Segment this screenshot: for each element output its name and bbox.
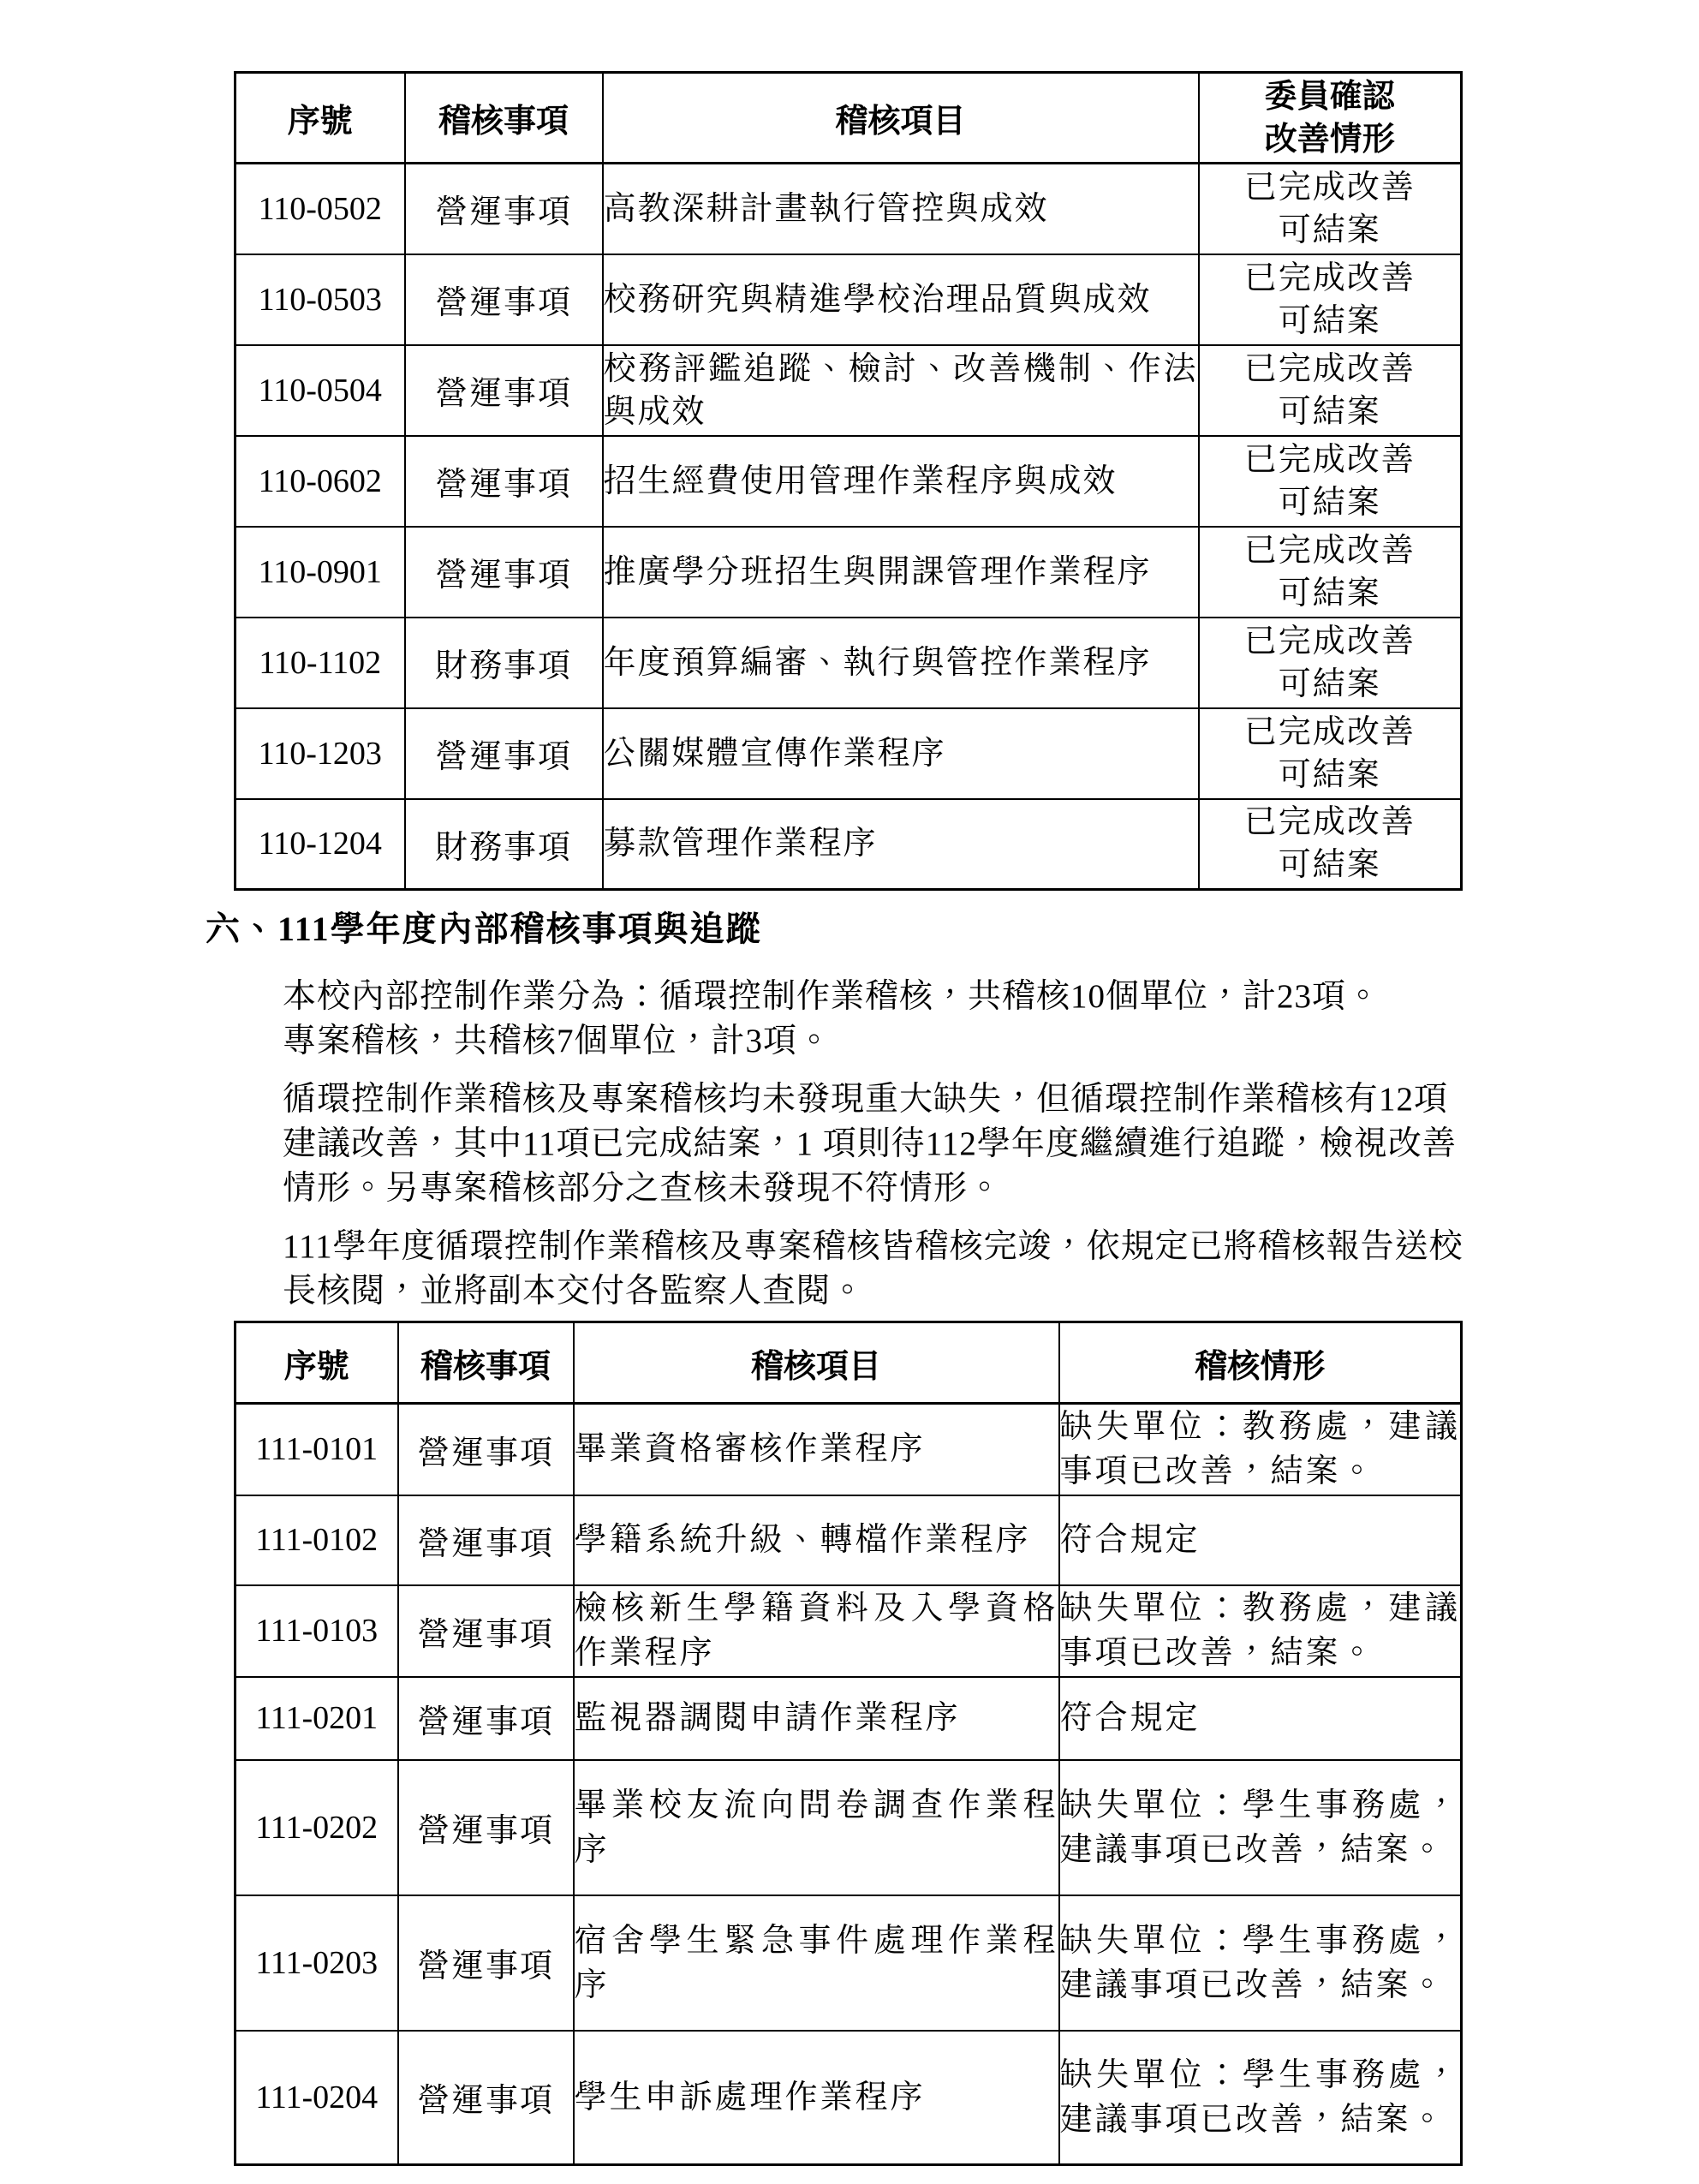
category-cell: 營運事項 xyxy=(405,708,603,799)
item-cell: 招生經費使用管理作業程序與成效 xyxy=(603,436,1199,527)
serial-cell: 110-0502 xyxy=(235,164,405,254)
serial-cell: 111-0203 xyxy=(235,1895,398,2031)
category-cell: 營運事項 xyxy=(398,1404,574,1495)
category-cell: 營運事項 xyxy=(405,164,603,254)
table-row: 110-0901 營運事項 推廣學分班招生與開課管理作業程序 已完成改善 可結案 xyxy=(235,527,1462,618)
serial-cell: 110-0901 xyxy=(235,527,405,618)
table-row: 110-0602 營運事項 招生經費使用管理作業程序與成效 已完成改善 可結案 xyxy=(235,436,1462,527)
category-cell: 營運事項 xyxy=(398,1760,574,1895)
item-cell: 學籍系統升級、轉檔作業程序 xyxy=(574,1495,1059,1585)
table-row: 111-0201 營運事項 監視器調閱申請作業程序 符合規定 xyxy=(235,1677,1462,1760)
item-cell: 推廣學分班招生與開課管理作業程序 xyxy=(603,527,1199,618)
confirm-cell: 已完成改善 可結案 xyxy=(1199,164,1462,254)
category-cell: 財務事項 xyxy=(405,799,603,890)
item-cell: 公關媒體宣傳作業程序 xyxy=(603,708,1199,799)
status-header: 稽核情形 xyxy=(1059,1322,1462,1404)
status-cell: 缺失單位：學生事務處，建議事項已改善，結案。 xyxy=(1059,1895,1462,2031)
table-row: 110-1204 財務事項 募款管理作業程序 已完成改善 可結案 xyxy=(235,799,1462,890)
table-row: 111-0102 營運事項 學籍系統升級、轉檔作業程序 符合規定 xyxy=(235,1495,1462,1585)
serial-cell: 110-0503 xyxy=(235,254,405,345)
status-cell: 符合規定 xyxy=(1059,1495,1462,1585)
serial-cell: 110-0602 xyxy=(235,436,405,527)
serial-cell: 110-1203 xyxy=(235,708,405,799)
table-row: 110-0504 營運事項 校務評鑑追蹤、檢討、改善機制、作法與成效 已完成改善… xyxy=(235,345,1462,436)
category-cell: 營運事項 xyxy=(398,1677,574,1760)
status-cell: 缺失單位：教務處，建議事項已改善，結案。 xyxy=(1059,1585,1462,1677)
status-cell: 缺失單位：學生事務處，建議事項已改善，結案。 xyxy=(1059,2031,1462,2165)
serial-cell: 110-1204 xyxy=(235,799,405,890)
serial-cell: 111-0101 xyxy=(235,1404,398,1495)
serial-cell: 111-0201 xyxy=(235,1677,398,1760)
confirm-cell: 已完成改善 可結案 xyxy=(1199,436,1462,527)
confirm-cell: 已完成改善 可結案 xyxy=(1199,618,1462,708)
item-cell: 校務研究與精進學校治理品質與成效 xyxy=(603,254,1199,345)
table-row: 111-0204 營運事項 學生申訴處理作業程序 缺失單位：學生事務處，建議事項… xyxy=(235,2031,1462,2165)
audit-table-110: 序號 稽核事項 稽核項目 委員確認 改善情形 110-0502 營運事項 高教深… xyxy=(234,71,1463,891)
item-header: 稽核項目 xyxy=(603,73,1199,164)
paragraph-2: 循環控制作業稽核及專案稽核均未發現重大缺失，但循環控制作業稽核有12項 建議改善… xyxy=(283,1077,1475,1211)
category-cell: 營運事項 xyxy=(398,2031,574,2165)
item-cell: 畢業校友流向問卷調查作業程序 xyxy=(574,1760,1059,1895)
document-page: 序號 稽核事項 稽核項目 委員確認 改善情形 110-0502 營運事項 高教深… xyxy=(0,0,1699,2184)
item-cell: 募款管理作業程序 xyxy=(603,799,1199,890)
table-row: 111-0103 營運事項 檢核新生學籍資料及入學資格作業程序 缺失單位：教務處… xyxy=(235,1585,1462,1677)
item-cell: 宿舍學生緊急事件處理作業程序 xyxy=(574,1895,1059,2031)
table-row: 110-1102 財務事項 年度預算編審、執行與管控作業程序 已完成改善 可結案 xyxy=(235,618,1462,708)
category-header: 稽核事項 xyxy=(405,73,603,164)
table-row: 111-0101 營運事項 畢業資格審核作業程序 缺失單位：教務處，建議事項已改… xyxy=(235,1404,1462,1495)
status-cell: 缺失單位：教務處，建議事項已改善，結案。 xyxy=(1059,1404,1462,1495)
item-cell: 學生申訴處理作業程序 xyxy=(574,2031,1059,2165)
category-cell: 營運事項 xyxy=(405,254,603,345)
item-cell: 年度預算編審、執行與管控作業程序 xyxy=(603,618,1199,708)
confirm-cell: 已完成改善 可結案 xyxy=(1199,527,1462,618)
category-cell: 營運事項 xyxy=(398,1585,574,1677)
serial-cell: 110-0504 xyxy=(235,345,405,436)
serial-cell: 111-0204 xyxy=(235,2031,398,2165)
paragraph-3: 111學年度循環控制作業稽核及專案稽核皆稽核完竣，依規定已將稽核報告送校 長核閱… xyxy=(283,1225,1475,1314)
serial-cell: 110-1102 xyxy=(235,618,405,708)
table-row: 110-0502 營運事項 高教深耕計畫執行管控與成效 已完成改善 可結案 xyxy=(235,164,1462,254)
item-cell: 高教深耕計畫執行管控與成效 xyxy=(603,164,1199,254)
table-row: 111-0202 營運事項 畢業校友流向問卷調查作業程序 缺失單位：學生事務處，… xyxy=(235,1760,1462,1895)
status-cell: 缺失單位：學生事務處，建議事項已改善，結案。 xyxy=(1059,1760,1462,1895)
category-header: 稽核事項 xyxy=(398,1322,574,1404)
confirm-cell: 已完成改善 可結案 xyxy=(1199,345,1462,436)
category-cell: 營運事項 xyxy=(398,1895,574,2031)
item-header: 稽核項目 xyxy=(574,1322,1059,1404)
serial-header: 序號 xyxy=(235,1322,398,1404)
serial-cell: 111-0202 xyxy=(235,1760,398,1895)
table-row: 111-0203 營運事項 宿舍學生緊急事件處理作業程序 缺失單位：學生事務處，… xyxy=(235,1895,1462,2031)
item-cell: 畢業資格審核作業程序 xyxy=(574,1404,1059,1495)
category-cell: 營運事項 xyxy=(405,345,603,436)
item-cell: 監視器調閱申請作業程序 xyxy=(574,1677,1059,1760)
category-cell: 營運事項 xyxy=(398,1495,574,1585)
section-heading: 六、111學年度內部稽核事項與追蹤 xyxy=(206,910,1699,949)
table-row: 110-0503 營運事項 校務研究與精進學校治理品質與成效 已完成改善 可結案 xyxy=(235,254,1462,345)
category-cell: 營運事項 xyxy=(405,527,603,618)
item-cell: 檢核新生學籍資料及入學資格作業程序 xyxy=(574,1585,1059,1677)
confirm-cell: 已完成改善 可結案 xyxy=(1199,254,1462,345)
table-header-row: 序號 稽核事項 稽核項目 稽核情形 xyxy=(235,1322,1462,1404)
table-header-row: 序號 稽核事項 稽核項目 委員確認 改善情形 xyxy=(235,73,1462,164)
serial-header: 序號 xyxy=(235,73,405,164)
item-cell: 校務評鑑追蹤、檢討、改善機制、作法與成效 xyxy=(603,345,1199,436)
table-row: 110-1203 營運事項 公關媒體宣傳作業程序 已完成改善 可結案 xyxy=(235,708,1462,799)
serial-cell: 111-0102 xyxy=(235,1495,398,1585)
confirm-cell: 已完成改善 可結案 xyxy=(1199,708,1462,799)
category-cell: 營運事項 xyxy=(405,436,603,527)
audit-table-111: 序號 稽核事項 稽核項目 稽核情形 111-0101 營運事項 畢業資格審核作業… xyxy=(234,1321,1463,2166)
status-cell: 符合規定 xyxy=(1059,1677,1462,1760)
confirm-cell: 已完成改善 可結案 xyxy=(1199,799,1462,890)
serial-cell: 111-0103 xyxy=(235,1585,398,1677)
category-cell: 財務事項 xyxy=(405,618,603,708)
paragraph-1: 本校內部控制作業分為：循環控制作業稽核，共稽核10個單位，計23項。 專案稽核，… xyxy=(283,975,1475,1064)
confirm-header: 委員確認 改善情形 xyxy=(1199,73,1462,164)
